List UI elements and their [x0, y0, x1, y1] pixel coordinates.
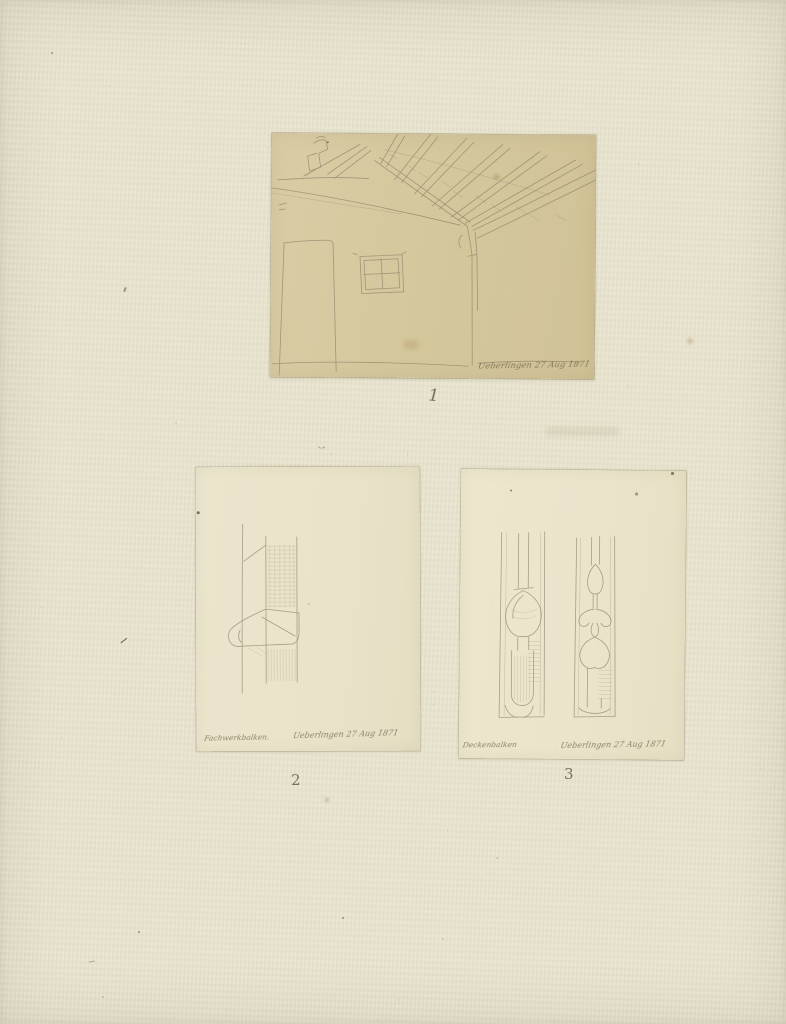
- paper-fleck: [598, 257, 600, 259]
- paper-fleck: [166, 483, 168, 485]
- ghost-writing-smudge: [545, 427, 619, 436]
- paper-speck: [660, 350, 661, 351]
- paper-speck: [102, 996, 104, 998]
- paper-speck: [371, 74, 372, 75]
- paper-speck: [40, 607, 42, 609]
- paper-speck: [663, 762, 665, 764]
- paper-speck: [13, 369, 14, 370]
- paper-speck: [175, 423, 176, 424]
- paper-fleck: [42, 601, 44, 603]
- paper-speck: [185, 333, 186, 334]
- paper-speck: [109, 49, 110, 50]
- paper-fleck: [716, 64, 717, 65]
- paper-fleck: [480, 872, 482, 874]
- paper-speck: [351, 900, 352, 901]
- paper-speck: [742, 442, 743, 443]
- paper-fleck: [69, 140, 71, 142]
- sketch-beam-with-peg: [196, 467, 421, 752]
- paper-speck: [174, 173, 175, 174]
- paper-speck: [496, 857, 498, 859]
- sketch-carved-balusters: [459, 469, 687, 760]
- paper-speck: [174, 1017, 175, 1018]
- paper-speck: [651, 858, 652, 859]
- paper-speck: [261, 315, 262, 316]
- album-page: Ueberlingen 27 Aug 1871 Fachwerkbal: [0, 0, 786, 1024]
- paper-speck: [61, 737, 63, 739]
- paper-speck: [563, 813, 564, 814]
- paper-speck: [352, 873, 353, 874]
- paper-speck: [693, 764, 694, 765]
- drawing-number-2: 2: [291, 771, 301, 789]
- paper-speck: [628, 385, 629, 386]
- paper-fleck: [144, 378, 146, 380]
- paper-speck: [542, 941, 543, 942]
- paper-speck: [691, 477, 693, 479]
- paper-fleck: [710, 473, 712, 475]
- paper-speck: [109, 85, 110, 86]
- paper-speck: [725, 534, 726, 535]
- paper-speck: [16, 88, 17, 89]
- paper-fleck: [557, 4, 558, 5]
- paper-speck: [3, 152, 4, 153]
- paper-speck: [163, 644, 164, 645]
- paper-speck: [134, 574, 135, 575]
- mounted-drawing-1: Ueberlingen 27 Aug 1871: [270, 133, 596, 379]
- paper-speck: [247, 43, 248, 44]
- paper-speck: [714, 910, 715, 911]
- paper-speck: [760, 768, 761, 769]
- paper-speck: [141, 533, 142, 534]
- paper-speck: [768, 23, 769, 24]
- paper-speck: [268, 246, 269, 247]
- paper-fleck: [599, 457, 601, 459]
- paper-speck: [121, 889, 122, 890]
- paper-fleck: [523, 66, 524, 67]
- paper-speck: [680, 396, 681, 397]
- paper-speck: [447, 829, 448, 830]
- paper-speck: [434, 691, 435, 692]
- paper-speck: [47, 269, 48, 270]
- sketch-roof-corner-with-window: [270, 133, 596, 379]
- paper-speck: [331, 453, 332, 454]
- mounted-drawing-2: Fachwerkbalken. Ueberlingen 27 Aug 1871: [196, 467, 421, 752]
- paper-fleck: [446, 507, 447, 508]
- drawing-number-3: 3: [564, 765, 574, 783]
- paper-fleck: [732, 286, 734, 288]
- paper-speck: [106, 676, 107, 677]
- paper-fleck: [125, 1003, 127, 1005]
- paper-speck: [29, 53, 30, 54]
- mounted-drawing-3: Deckenbalken Ueberlingen 27 Aug 1871: [459, 469, 687, 760]
- paper-speck: [189, 492, 190, 493]
- paper-speck: [774, 785, 776, 787]
- paper-fleck: [677, 372, 678, 373]
- paper-speck: [146, 802, 147, 803]
- paper-speck: [407, 454, 408, 455]
- paper-speck: [34, 172, 35, 173]
- paper-speck: [432, 704, 433, 705]
- paper-fleck: [368, 772, 369, 773]
- paper-speck: [618, 927, 619, 928]
- paper-speck: [442, 938, 444, 940]
